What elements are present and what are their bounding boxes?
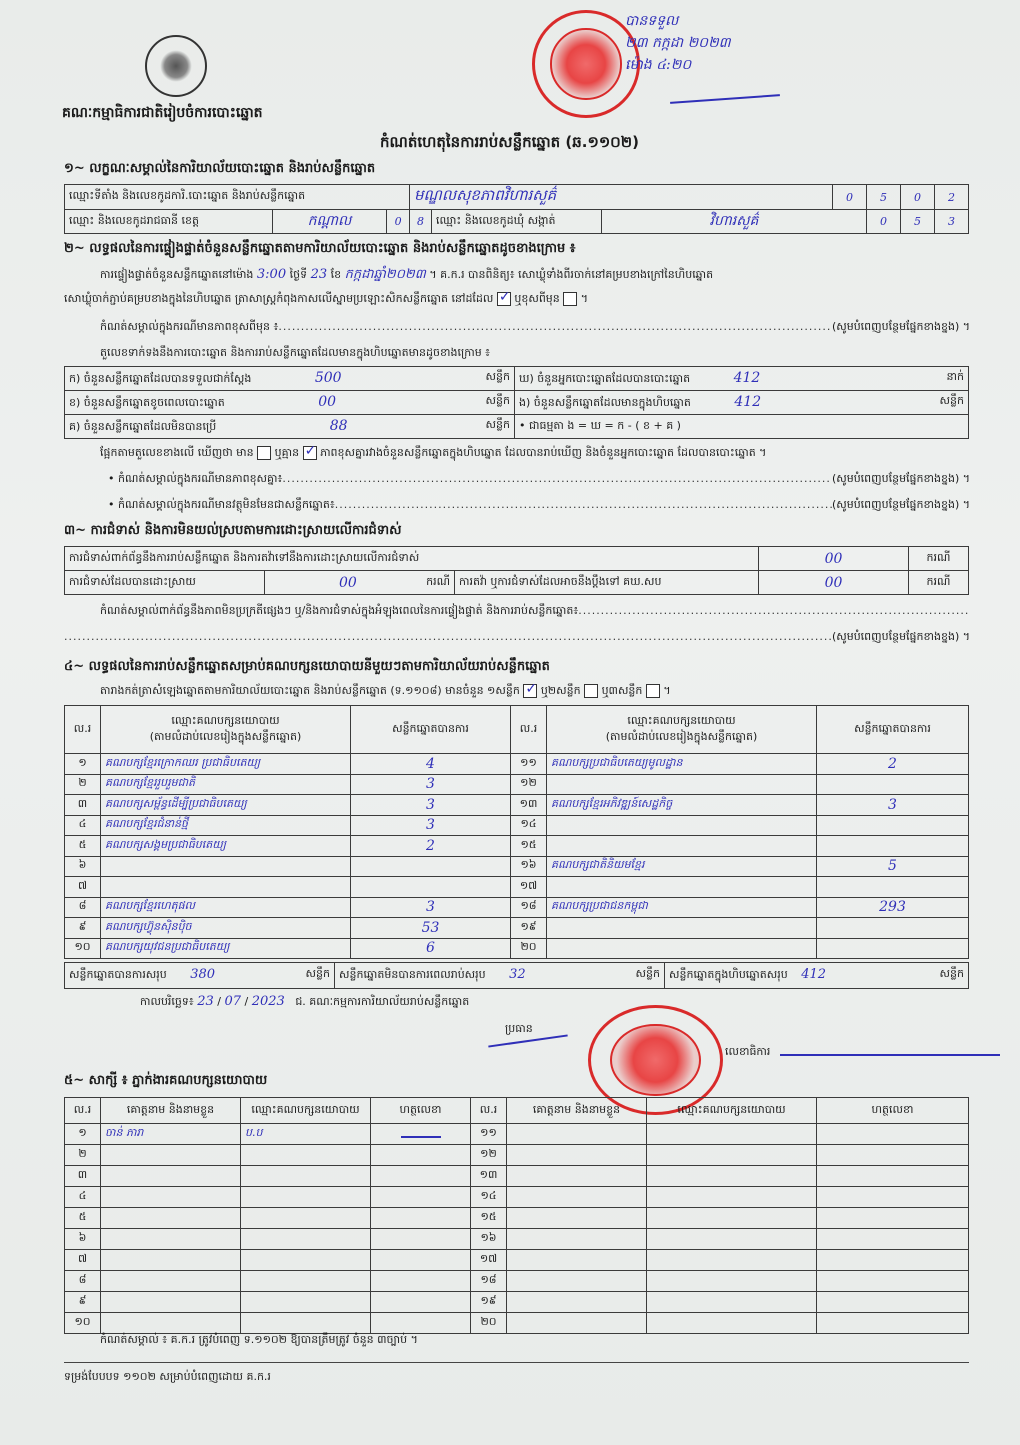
witness-party: ប.ប	[241, 1124, 371, 1145]
witness-name	[507, 1292, 647, 1313]
form-reference: ទម្រង់បែបបទ ១១០២ សម្រាប់បំពេញដោយ គ.ក.រ	[64, 1370, 271, 1386]
witness-signature	[401, 1128, 441, 1138]
witness-no: ៣	[65, 1166, 101, 1187]
form-title: កំណត់ហេតុនៃការរាប់សន្លឹកឆ្នោត (ឆ.១១០២)	[380, 133, 639, 155]
witness-row: ៨១៨	[65, 1271, 969, 1292]
party-no: ១៤	[511, 815, 547, 836]
party-no: ៦	[65, 856, 101, 877]
one-sheet-checkbox[interactable]	[523, 684, 537, 698]
two-sheets-label: ឬ២សន្លឹក	[541, 684, 581, 697]
party-votes: 6	[351, 938, 511, 959]
has-discrepancy-checkbox[interactable]	[257, 446, 271, 460]
witness-party	[241, 1271, 371, 1292]
voters-value: 412	[734, 370, 761, 386]
witness-signature-cell	[371, 1250, 471, 1271]
col-party-header: ឈ្មោះគណបក្សនយោបាយ	[241, 1098, 371, 1124]
witness-no: ១៦	[471, 1229, 507, 1250]
verify-day-value: 23	[311, 267, 328, 282]
difference-note-label: • កំណត់សម្គាល់ក្នុងករណីមានភាពខុសគ្នា៖	[108, 472, 282, 488]
received-note: បានទទួល ២៣ កក្កដា ២០២៣ ម៉ោង ៤:២០	[625, 10, 731, 76]
verify-month-year-value: កក្កដាឆ្នាំ២០២៣	[345, 267, 426, 282]
party-result-row: ១០គណបក្សយុវជនប្រជាធិបតេយ្យ6២០	[65, 938, 969, 959]
date-month: 07	[224, 994, 241, 1009]
witness-party	[647, 1292, 817, 1313]
witness-no: ១៤	[471, 1187, 507, 1208]
witness-signature-cell	[371, 1124, 471, 1145]
witness-signature-cell	[817, 1208, 969, 1229]
witness-row: ១០២០	[65, 1313, 969, 1334]
total-invalid-label: សន្លឹកឆ្នោតមិនបានការពេលរាប់សរុប	[339, 968, 486, 981]
verify-sentence-3: សោឃ្លុំចាក់ភ្ជាប់គម្របខាងក្នុងនៃហិបឆ្នោត…	[64, 292, 493, 305]
diff-note-line: កំណត់សម្គាល់ក្នុងករណីមានភាពខុសពីមុន ៖ ..…	[100, 320, 970, 336]
station-code-digit: 0	[901, 185, 935, 210]
witness-signature-cell	[371, 1187, 471, 1208]
formula-label: • ជាធម្មតា ង = ឃ = ក - ( ខ + គ )	[519, 419, 681, 432]
witness-name	[507, 1124, 647, 1145]
witness-name	[101, 1145, 241, 1166]
witness-name	[101, 1187, 241, 1208]
witness-table: ល.រ គោត្តនាម និងនាមខ្លួន ឈ្មោះគណបក្សនយោប…	[64, 1097, 969, 1334]
spoiled-ballots-value: 00	[318, 394, 336, 410]
secretary-signature	[780, 1054, 1000, 1056]
party-votes: 3	[351, 774, 511, 795]
witness-name	[101, 1292, 241, 1313]
party-votes	[817, 918, 969, 939]
no-discrepancy-label: ឬគ្មាន	[275, 446, 299, 459]
party-result-row: ៥គណបក្សសង្គមប្រជាធិបតេយ្យ2១៥	[65, 836, 969, 857]
party-name	[547, 918, 817, 939]
objections-value: 00	[759, 547, 909, 571]
party-name: គណបក្សខ្មែរអភិវឌ្ឍន៍សេដ្ឋកិច្ច	[547, 795, 817, 816]
section4-title: ៤~ លទ្ធផលនៃការរាប់សន្លឹកឆ្នោតសម្រាប់គណបក…	[64, 658, 550, 677]
verify-time-label: ការផ្ទៀងផ្ទាត់ចំនួនសន្លឹកឆ្នោតនៅម៉ោង	[100, 268, 253, 281]
witness-name	[507, 1187, 647, 1208]
verify-line-2: សោឃ្លុំចាក់ភ្ជាប់គម្របខាងក្នុងនៃហិបឆ្នោត…	[64, 292, 588, 308]
witness-signature-cell	[817, 1145, 969, 1166]
commune-code-digit: 3	[935, 210, 969, 234]
party-header-sub: (តាមលំដាប់លេខរៀងក្នុងសន្លឹកឆ្នោត)	[551, 730, 812, 746]
witness-no: ៦	[65, 1229, 101, 1250]
unused-ballots-label: គ) ចំនួនសន្លឹកឆ្នោតដែលមិនបានប្រើ	[69, 420, 216, 433]
party-name	[547, 815, 817, 836]
three-sheets-checkbox[interactable]	[646, 684, 660, 698]
section3-title: ៣~ ការជំទាស់ និងការមិនយល់ស្របតាមការដោះស្…	[64, 522, 401, 541]
witness-no: ៧	[65, 1250, 101, 1271]
witness-party	[647, 1166, 817, 1187]
witness-no: ១៩	[471, 1292, 507, 1313]
party-result-row: ៦១៦គណបក្សជាតិនិយមខ្មែរ5	[65, 856, 969, 877]
col-no-header: ល.រ	[471, 1098, 507, 1124]
witness-name	[101, 1250, 241, 1271]
col-no-header: ល.រ	[65, 1098, 101, 1124]
scanned-form-page: គណៈកម្មាធិការជាតិរៀបចំការបោះឆ្នោត បានទទួ…	[0, 0, 1020, 1445]
party-votes: 3	[351, 795, 511, 816]
witness-no: ១	[65, 1124, 101, 1145]
objections-label: ការជំទាស់ពាក់ព័ន្ធនឹងការរាប់សន្លឹកឆ្នោត …	[65, 547, 759, 571]
province-code-digit: 8	[410, 210, 432, 234]
tally-sheet-line: តារាងកត់ត្រាសំឡេងឆ្នោតតាមការិយាល័យបោះឆ្ន…	[100, 684, 671, 700]
witness-name	[101, 1166, 241, 1187]
party-no: ១០	[65, 938, 101, 959]
party-no: ១១	[511, 754, 547, 775]
chair-label: ប្រធាន	[505, 1022, 533, 1038]
witness-signature-cell	[371, 1292, 471, 1313]
witness-name	[507, 1313, 647, 1334]
witness-no: ៩	[65, 1292, 101, 1313]
party-name: គណបក្សប្រជាជនកម្ពុជា	[547, 897, 817, 918]
discrepancy-rest: ភាពខុសគ្នារវាងចំនួនសន្លឹកឆ្នោតក្នុងហិបឆ្…	[320, 446, 766, 459]
witness-signature-cell	[371, 1229, 471, 1250]
witness-signature-cell	[371, 1208, 471, 1229]
witness-party	[647, 1313, 817, 1334]
witness-name	[101, 1271, 241, 1292]
party-votes	[817, 877, 969, 898]
received-note-line3: ម៉ោង ៤:២០	[625, 54, 731, 76]
total-valid-value: 380	[190, 967, 215, 982]
party-name: គណបក្សខ្មែរជំនាន់ថ្មី	[101, 815, 351, 836]
witness-signature-cell	[817, 1250, 969, 1271]
party-no: ១	[65, 754, 101, 775]
witness-no: ៥	[65, 1208, 101, 1229]
witness-signature-cell	[817, 1124, 969, 1145]
unit-label: សន្លឹក	[486, 418, 510, 434]
witness-party	[241, 1208, 371, 1229]
party-votes: 5	[817, 856, 969, 877]
party-no: ១៩	[511, 918, 547, 939]
party-no: ១៥	[511, 836, 547, 857]
irregularity-note-label: កំណត់សម្គាល់ពាក់ព័ន្ធនឹងភាពមិនប្រក្រតីផ្…	[100, 604, 578, 620]
witness-party	[241, 1187, 371, 1208]
party-name	[101, 856, 351, 877]
verify-sentence-2: ។ គ.ក.រ បានពិនិត្យ៖ សោឃ្លុំទាំងពីរចាក់នៅ…	[429, 268, 713, 281]
two-sheets-checkbox[interactable]	[584, 684, 598, 698]
received-ballots-value: 500	[315, 370, 342, 386]
party-votes: 4	[351, 754, 511, 775]
witness-signature-cell	[817, 1292, 969, 1313]
party-no: ៨	[65, 897, 101, 918]
date-year: 2023	[252, 994, 285, 1009]
col-signature-header: ហត្ថលេខា	[371, 1098, 471, 1124]
resolved-objections-label: ការជំទាស់ដែលបានដោះស្រាយ	[65, 571, 265, 595]
witness-signature-cell	[371, 1313, 471, 1334]
party-votes: 3	[817, 795, 969, 816]
col-no-header: ល.រ	[65, 706, 101, 754]
party-result-row: ២គណបក្សខ្មែររួបរួមជាតិ3១២	[65, 774, 969, 795]
witness-party	[647, 1124, 817, 1145]
party-name: គណបក្សសម្ព័ន្ធដើម្បីប្រជាធិបតេយ្យ	[101, 795, 351, 816]
province-name: កណ្ដាល	[272, 210, 386, 234]
party-no: ១៧	[511, 877, 547, 898]
party-no: ១២	[511, 774, 547, 795]
date-day: 23	[197, 994, 214, 1009]
cases-unit: ករណី	[909, 571, 969, 595]
polling-station-label: ឈ្មោះទីតាំង និងលេខកូដការិ.បោះឆ្នោត និងរា…	[65, 185, 410, 210]
month-label: ខែ	[331, 268, 341, 281]
party-results-table: ល.រ ឈ្មោះគណបក្សនយោបាយ(តាមលំដាប់លេខរៀងក្ន…	[64, 705, 969, 959]
three-sheets-label: ឬ៣សន្លឹក	[602, 684, 643, 697]
witness-no: ២០	[471, 1313, 507, 1334]
party-name: គណបក្សប្រជាធិបតេយ្យមូលដ្ឋាន	[547, 754, 817, 775]
witness-party	[241, 1145, 371, 1166]
party-name: គណបក្សជាតិនិយមខ្មែរ	[547, 856, 817, 877]
ballots-in-box-value: 412	[734, 394, 761, 410]
witness-party	[241, 1166, 371, 1187]
witness-party	[647, 1271, 817, 1292]
party-result-row: ៧១៧	[65, 877, 969, 898]
footer-divider	[64, 1362, 969, 1363]
different-label: ឬខុសពីមុន	[514, 292, 559, 305]
party-result-row: ៩គណបក្សហ៊្វុនស៊ិនប៉ិច53១៩	[65, 918, 969, 939]
commune-code-digit: 5	[901, 210, 935, 234]
irregularity-note-field[interactable]: ........................................…	[578, 604, 970, 620]
difference-note-line: • កំណត់សម្គាល់ក្នុងករណីមានភាពខុសគ្នា៖ ..…	[108, 472, 970, 488]
objections-table: ការជំទាស់ពាក់ព័ន្ធនឹងការរាប់សន្លឹកឆ្នោត …	[64, 546, 969, 595]
witness-no: ១៥	[471, 1208, 507, 1229]
total-in-box-label: សន្លឹកឆ្នោតក្នុងហិបឆ្នោតសរុប	[669, 968, 788, 981]
polling-station-name: មណ្ឌលសុខភាពវិហារសួគ៌	[410, 185, 833, 210]
non-ballot-note-label: • កំណត់សម្គាល់ក្នុងករណីមានវត្ថុមិនមែនជាស…	[108, 498, 335, 514]
party-no: ២០	[511, 938, 547, 959]
col-name-header: គោត្តនាម និងនាមខ្លួន	[101, 1098, 241, 1124]
appeals-value: 00	[759, 571, 909, 595]
ballot-count-row: គ) ចំនួនសន្លឹកឆ្នោតដែលមិនបានប្រើ 88 សន្ល…	[65, 415, 969, 439]
col-party-header: ឈ្មោះគណបក្សនយោបាយ	[647, 1098, 817, 1124]
fill-more-label: (សូមបំពេញបន្ថែមផ្នែកខាងខ្នង) ។	[832, 498, 970, 514]
witness-no: ៨	[65, 1271, 101, 1292]
witness-row: ១ចាន់ ភារាប.ប១១	[65, 1124, 969, 1145]
witness-no: ១១	[471, 1124, 507, 1145]
witness-party	[647, 1145, 817, 1166]
witness-row: ៥១៥	[65, 1208, 969, 1229]
witness-no: ៤	[65, 1187, 101, 1208]
party-header-text: ឈ្មោះគណបក្សនយោបាយ	[551, 714, 812, 730]
party-result-row: ៨គណបក្សខ្មែរហេតុផល3១៨គណបក្សប្រជាជនកម្ពុជ…	[65, 897, 969, 918]
col-no-header: ល.រ	[511, 706, 547, 754]
tally-sheet-label: តារាងកត់ត្រាសំឡេងឆ្នោតតាមការិយាល័យបោះឆ្ន…	[100, 684, 520, 697]
non-ballot-note-line: • កំណត់សម្គាល់ក្នុងករណីមានវត្ថុមិនមែនជាស…	[108, 498, 970, 514]
party-no: ៣	[65, 795, 101, 816]
ballot-count-table: ក) ចំនួនសន្លឹកឆ្នោតដែលបានទទួលជាក់ស្ដែង 5…	[64, 366, 969, 439]
party-name: គណបក្សខ្មែររួបរួមជាតិ	[101, 774, 351, 795]
witness-signature-cell	[817, 1229, 969, 1250]
province-label: ឈ្មោះ និងលេខកូដរាជធានី ខេត្ត	[65, 210, 273, 234]
secretary-label: លេខាធិការ	[725, 1045, 770, 1061]
irregularity-note-line: កំណត់សម្គាល់ពាក់ព័ន្ធនឹងភាពមិនប្រក្រតីផ្…	[100, 604, 970, 620]
party-votes	[817, 938, 969, 959]
witness-row: ៤១៤	[65, 1187, 969, 1208]
party-header-text: ឈ្មោះគណបក្សនយោបាយ	[105, 714, 346, 730]
witness-name	[507, 1271, 647, 1292]
day-label: ថ្ងៃទី	[290, 268, 307, 281]
diff-note-field[interactable]: ........................................…	[278, 320, 832, 336]
discrepancy-label: ផ្អែកតាមតួលេខខាងលើ ឃើញថា មាន	[100, 446, 254, 459]
cases-unit: ករណី	[909, 547, 969, 571]
date-label: កាលបរិច្ឆេទ៖	[140, 995, 194, 1008]
witness-row: ២១២	[65, 1145, 969, 1166]
numbers-intro: តួលេខទាក់ទងនឹងការបោះឆ្នោត និងការរាប់សន្ល…	[100, 346, 490, 362]
party-votes	[351, 877, 511, 898]
witness-row: ៧១៧	[65, 1250, 969, 1271]
voters-label: ឃ) ចំនួនអ្នកបោះឆ្នោតដែលបានបោះឆ្នោត	[519, 372, 690, 385]
party-name	[547, 774, 817, 795]
unit-label: សន្លឹក	[306, 967, 330, 983]
witness-party	[647, 1250, 817, 1271]
witness-party	[241, 1250, 371, 1271]
resolved-objections-value: 00	[339, 575, 357, 591]
received-ballots-label: ក) ចំនួនសន្លឹកឆ្នោតដែលបានទទួលជាក់ស្ដែង	[69, 372, 251, 385]
different-checkbox[interactable]	[563, 292, 577, 306]
irregularity-note-line-2: ........................................…	[64, 630, 970, 646]
unit-label: សន្លឹក	[940, 967, 964, 983]
party-name: គណបក្សសង្គមប្រជាធិបតេយ្យ	[101, 836, 351, 857]
witness-no: ១២	[471, 1145, 507, 1166]
party-votes: 2	[351, 836, 511, 857]
party-votes: 3	[351, 815, 511, 836]
ballot-count-row: ខ) ចំនួនសន្លឹកឆ្នោតខូចពេលបោះឆ្នោត 00 សន្…	[65, 391, 969, 415]
party-votes: 2	[817, 754, 969, 775]
difference-note-field[interactable]: ........................................…	[282, 472, 832, 488]
unit-label: សន្លឹក	[486, 394, 510, 410]
witness-row: ៣១៣	[65, 1166, 969, 1187]
party-no: ១៣	[511, 795, 547, 816]
non-ballot-note-field[interactable]: ........................................…	[335, 498, 832, 514]
witness-signature-cell	[371, 1271, 471, 1292]
party-votes: 53	[351, 918, 511, 939]
party-header-sub: (តាមលំដាប់លេខរៀងក្នុងសន្លឹកឆ្នោត)	[105, 730, 346, 746]
party-votes	[817, 774, 969, 795]
col-votes-header: សន្លឹកឆ្នោតបានការ	[817, 706, 969, 754]
col-name-header: គោត្តនាម និងនាមខ្លួន	[507, 1098, 647, 1124]
commune-name: វិហារសួគ៌	[602, 210, 867, 234]
party-no: ៤	[65, 815, 101, 836]
cases-unit: ករណី	[426, 575, 450, 591]
witness-party	[241, 1229, 371, 1250]
discrepancy-line: ផ្អែកតាមតួលេខខាងលើ ឃើញថា មាន ឬគ្មាន ភាពខ…	[100, 446, 766, 462]
witness-party	[241, 1292, 371, 1313]
party-no: ១៦	[511, 856, 547, 877]
witness-party	[647, 1208, 817, 1229]
witness-no: ១៧	[471, 1250, 507, 1271]
total-in-box-value: 412	[801, 967, 826, 982]
footer-note: កំណត់សម្គាល់ ៖ គ.ក.រ ត្រូវបំពេញ ទ.១១០២ ឱ…	[100, 1333, 418, 1349]
spoiled-ballots-label: ខ) ចំនួនសន្លឹកឆ្នោតខូចពេលបោះឆ្នោត	[69, 396, 225, 409]
fill-more-label: (សូមបំពេញបន្ថែមផ្នែកខាងខ្នង) ។	[832, 472, 970, 488]
party-result-row: ៣គណបក្សសម្ព័ន្ធដើម្បីប្រជាធិបតេយ្យ3១៣គណប…	[65, 795, 969, 816]
party-name	[547, 877, 817, 898]
ballots-in-box-label: ង) ចំនួនសន្លឹកឆ្នោតដែលមានក្នុងហិបឆ្នោត	[519, 396, 691, 409]
official-stamp-top	[532, 10, 640, 118]
fill-more-label: (សូមបំពេញបន្ថែមផ្នែកខាងខ្នង) ។	[832, 630, 970, 646]
party-no: ៩	[65, 918, 101, 939]
station-code-digit: 2	[935, 185, 969, 210]
witness-party	[241, 1313, 371, 1334]
unit-label: នាក់	[947, 370, 964, 386]
party-votes	[817, 815, 969, 836]
party-name	[547, 836, 817, 857]
unused-ballots-value: 88	[330, 418, 348, 434]
fill-more-label: (សូមបំពេញបន្ថែមផ្នែកខាងខ្នង) ។	[832, 320, 970, 336]
witness-signature-cell	[817, 1166, 969, 1187]
witness-no: ១០	[65, 1313, 101, 1334]
party-no: ២	[65, 774, 101, 795]
witness-name	[101, 1313, 241, 1334]
received-note-line1: បានទទួល	[625, 10, 731, 32]
witness-name	[101, 1229, 241, 1250]
organization-name: គណៈកម្មាធិការជាតិរៀបចំការបោះឆ្នោត	[62, 103, 263, 124]
witness-name	[101, 1208, 241, 1229]
party-name: គណបក្សហ៊្វុនស៊ិនប៉ិច	[101, 918, 351, 939]
irregularity-note-field-2[interactable]: ........................................…	[64, 630, 832, 646]
unit-label: សន្លឹក	[940, 394, 964, 410]
party-votes: 293	[817, 897, 969, 918]
polling-station-table: ឈ្មោះទីតាំង និងលេខកូដការិ.បោះឆ្នោត និងរា…	[64, 184, 969, 234]
party-name	[547, 938, 817, 959]
ballot-count-row: ក) ចំនួនសន្លឹកឆ្នោតដែលបានទទួលជាក់ស្ដែង 5…	[65, 367, 969, 391]
unit-label: សន្លឹក	[486, 370, 510, 386]
station-code-digit: 5	[867, 185, 901, 210]
witness-signature-cell	[371, 1166, 471, 1187]
witness-name	[507, 1250, 647, 1271]
party-name: គណបក្សខ្មែរក្រោកឈរ ប្រជាធិបតេយ្យ	[101, 754, 351, 775]
totals-table: សន្លឹកឆ្នោតបានការសរុប 380 សន្លឹក សន្លឹកឆ…	[64, 962, 969, 989]
party-votes	[817, 836, 969, 857]
witness-name	[507, 1208, 647, 1229]
party-result-row: ៤គណបក្សខ្មែរជំនាន់ថ្មី3១៤	[65, 815, 969, 836]
witness-party	[647, 1187, 817, 1208]
committee-label: ជ. គណៈកម្មការការិយាល័យរាប់សន្លឹកឆ្នោត	[295, 995, 469, 1008]
commune-label: ឈ្មោះ និងលេខកូដឃុំ សង្កាត់	[432, 210, 602, 234]
province-code-digit: 0	[387, 210, 410, 234]
party-no: ៧	[65, 877, 101, 898]
col-signature-header: ហត្ថលេខា	[817, 1098, 969, 1124]
witness-row: ៦១៦	[65, 1229, 969, 1250]
section1-title: ១~ លក្ខណៈសម្គាល់នៃការិយាល័យបោះឆ្នោត និងរ…	[64, 160, 375, 179]
intact-checkbox[interactable]	[497, 292, 511, 306]
col-party-header: ឈ្មោះគណបក្សនយោបាយ(តាមលំដាប់លេខរៀងក្នុងសន…	[101, 706, 351, 754]
party-votes	[351, 856, 511, 877]
date-line: កាលបរិច្ឆេទ៖ 23 / 07 / 2023 ជ. គណៈកម្មកា…	[140, 994, 469, 1011]
witness-no: ១៣	[471, 1166, 507, 1187]
receiver-signature	[670, 94, 780, 104]
party-name	[101, 877, 351, 898]
party-name: គណបក្សយុវជនប្រជាធិបតេយ្យ	[101, 938, 351, 959]
witness-name	[507, 1166, 647, 1187]
party-result-row: ១គណបក្សខ្មែរក្រោកឈរ ប្រជាធិបតេយ្យ4១១គណបក…	[65, 754, 969, 775]
witness-no: ១៨	[471, 1271, 507, 1292]
witness-row: ៩១៩	[65, 1292, 969, 1313]
section5-title: ៥~ សាក្សី ៖ ភ្នាក់ងារគណបក្សនយោបាយ	[64, 1072, 267, 1091]
total-valid-label: សន្លឹកឆ្នោតបានការសរុប	[69, 968, 167, 981]
unit-label: សន្លឹក	[636, 967, 660, 983]
station-code-digit: 0	[833, 185, 867, 210]
verify-time-value: 3:00	[257, 267, 286, 282]
no-discrepancy-checkbox[interactable]	[303, 446, 317, 460]
party-votes: 3	[351, 897, 511, 918]
witness-signature-cell	[817, 1187, 969, 1208]
party-no: ១៨	[511, 897, 547, 918]
witness-name: ចាន់ ភារា	[101, 1124, 241, 1145]
nec-logo	[145, 35, 207, 97]
witness-party	[647, 1229, 817, 1250]
party-name: គណបក្សខ្មែរហេតុផល	[101, 897, 351, 918]
section2-title: ២~ លទ្ធផលនៃការផ្ទៀងផ្ទាត់ចំនួនសន្លឹកឆ្នោ…	[64, 240, 575, 259]
received-note-line2: ២៣ កក្កដា ២០២៣	[625, 32, 731, 54]
witness-signature-cell	[371, 1145, 471, 1166]
witness-name	[507, 1145, 647, 1166]
witness-signature-cell	[817, 1271, 969, 1292]
diff-note-label: កំណត់សម្គាល់ក្នុងករណីមានភាពខុសពីមុន ៖	[100, 320, 278, 336]
witness-name	[507, 1229, 647, 1250]
